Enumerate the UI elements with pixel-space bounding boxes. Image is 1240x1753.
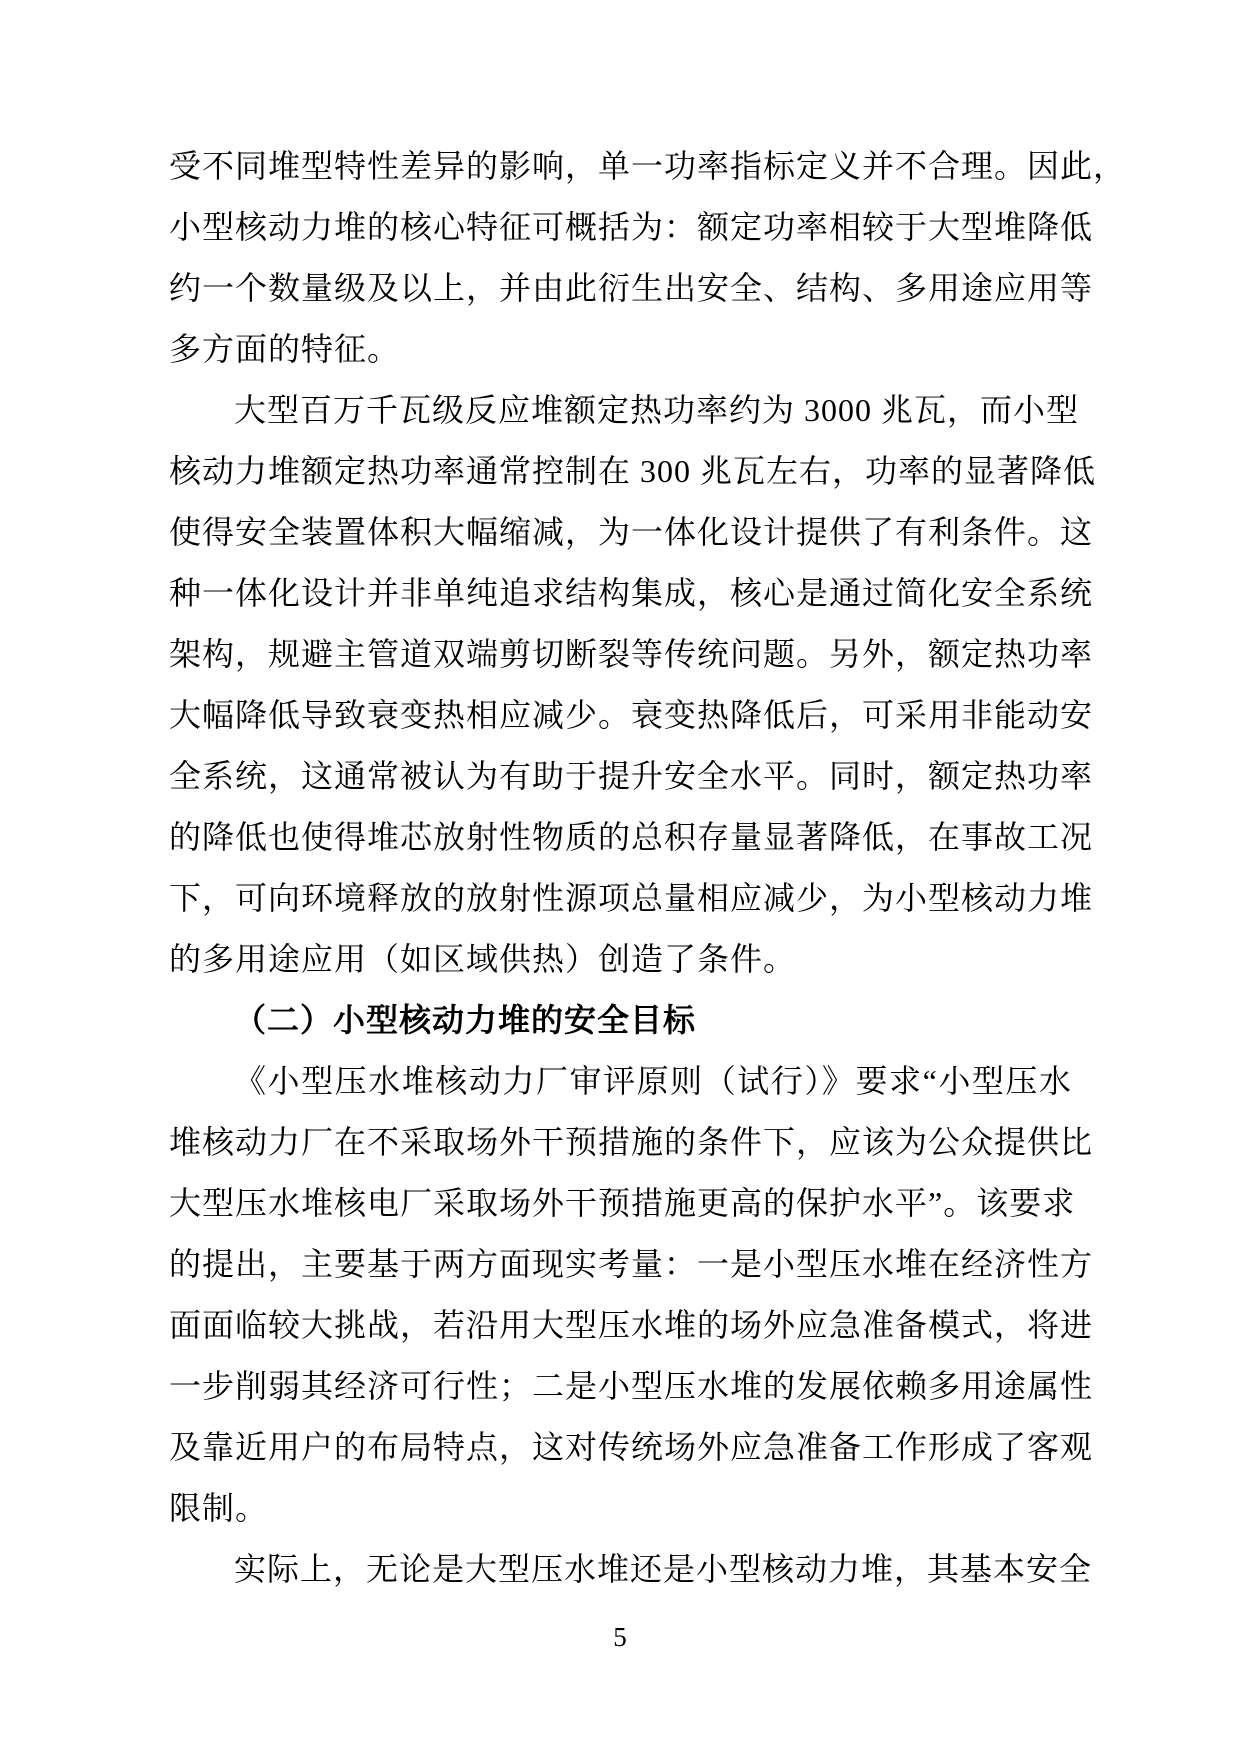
body-line: 受不同堆型特性差异的影响，单一功率指标定义并不合理。因此，	[169, 136, 1072, 197]
body-line: 使得安全装置体积大幅缩减，为一体化设计提供了有利条件。这	[169, 502, 1072, 563]
section-heading: （二）小型核动力堆的安全目标	[169, 990, 1072, 1051]
body-line: 小型核动力堆的核心特征可概括为：额定功率相较于大型堆降低	[169, 197, 1072, 258]
body-line: 的降低也使得堆芯放射性物质的总积存量显著降低，在事故工况	[169, 807, 1072, 868]
body-line: 约一个数量级及以上，并由此衍生出安全、结构、多用途应用等	[169, 258, 1072, 319]
body-line: 面面临较大挑战，若沿用大型压水堆的场外应急准备模式，将进	[169, 1295, 1072, 1356]
body-line: 一步削弱其经济可行性；二是小型压水堆的发展依赖多用途属性	[169, 1356, 1072, 1417]
body-line: 架构，规避主管道双端剪切断裂等传统问题。另外，额定热功率	[169, 624, 1072, 685]
document-body: 受不同堆型特性差异的影响，单一功率指标定义并不合理。因此， 小型核动力堆的核心特…	[169, 136, 1072, 1600]
body-line: 的多用途应用（如区域供热）创造了条件。	[169, 929, 1072, 990]
body-line: 《小型压水堆核动力厂审评原则（试行）》要求“小型压水	[169, 1051, 1072, 1112]
body-line: 全系统，这通常被认为有助于提升安全水平。同时，额定热功率	[169, 746, 1072, 807]
body-line: 种一体化设计并非单纯追求结构集成，核心是通过简化安全系统	[169, 563, 1072, 624]
body-line: 的提出，主要基于两方面现实考量：一是小型压水堆在经济性方	[169, 1234, 1072, 1295]
body-line: 实际上，无论是大型压水堆还是小型核动力堆，其基本安全	[169, 1539, 1072, 1600]
body-line: 下，可向环境释放的放射性源项总量相应减少，为小型核动力堆	[169, 868, 1072, 929]
body-line: 及靠近用户的布局特点，这对传统场外应急准备工作形成了客观	[169, 1417, 1072, 1478]
body-line: 大型压水堆核电厂采取场外干预措施更高的保护水平”。该要求	[169, 1173, 1072, 1234]
page-number: 5	[0, 1620, 1240, 1654]
document-page: 受不同堆型特性差异的影响，单一功率指标定义并不合理。因此， 小型核动力堆的核心特…	[0, 0, 1240, 1753]
body-line: 多方面的特征。	[169, 319, 1072, 380]
body-line: 限制。	[169, 1478, 1072, 1539]
body-line: 堆核动力厂在不采取场外干预措施的条件下，应该为公众提供比	[169, 1112, 1072, 1173]
body-line: 大幅降低导致衰变热相应减少。衰变热降低后，可采用非能动安	[169, 685, 1072, 746]
body-line: 核动力堆额定热功率通常控制在 300 兆瓦左右，功率的显著降低	[169, 441, 1072, 502]
body-line: 大型百万千瓦级反应堆额定热功率约为 3000 兆瓦，而小型	[169, 380, 1072, 441]
